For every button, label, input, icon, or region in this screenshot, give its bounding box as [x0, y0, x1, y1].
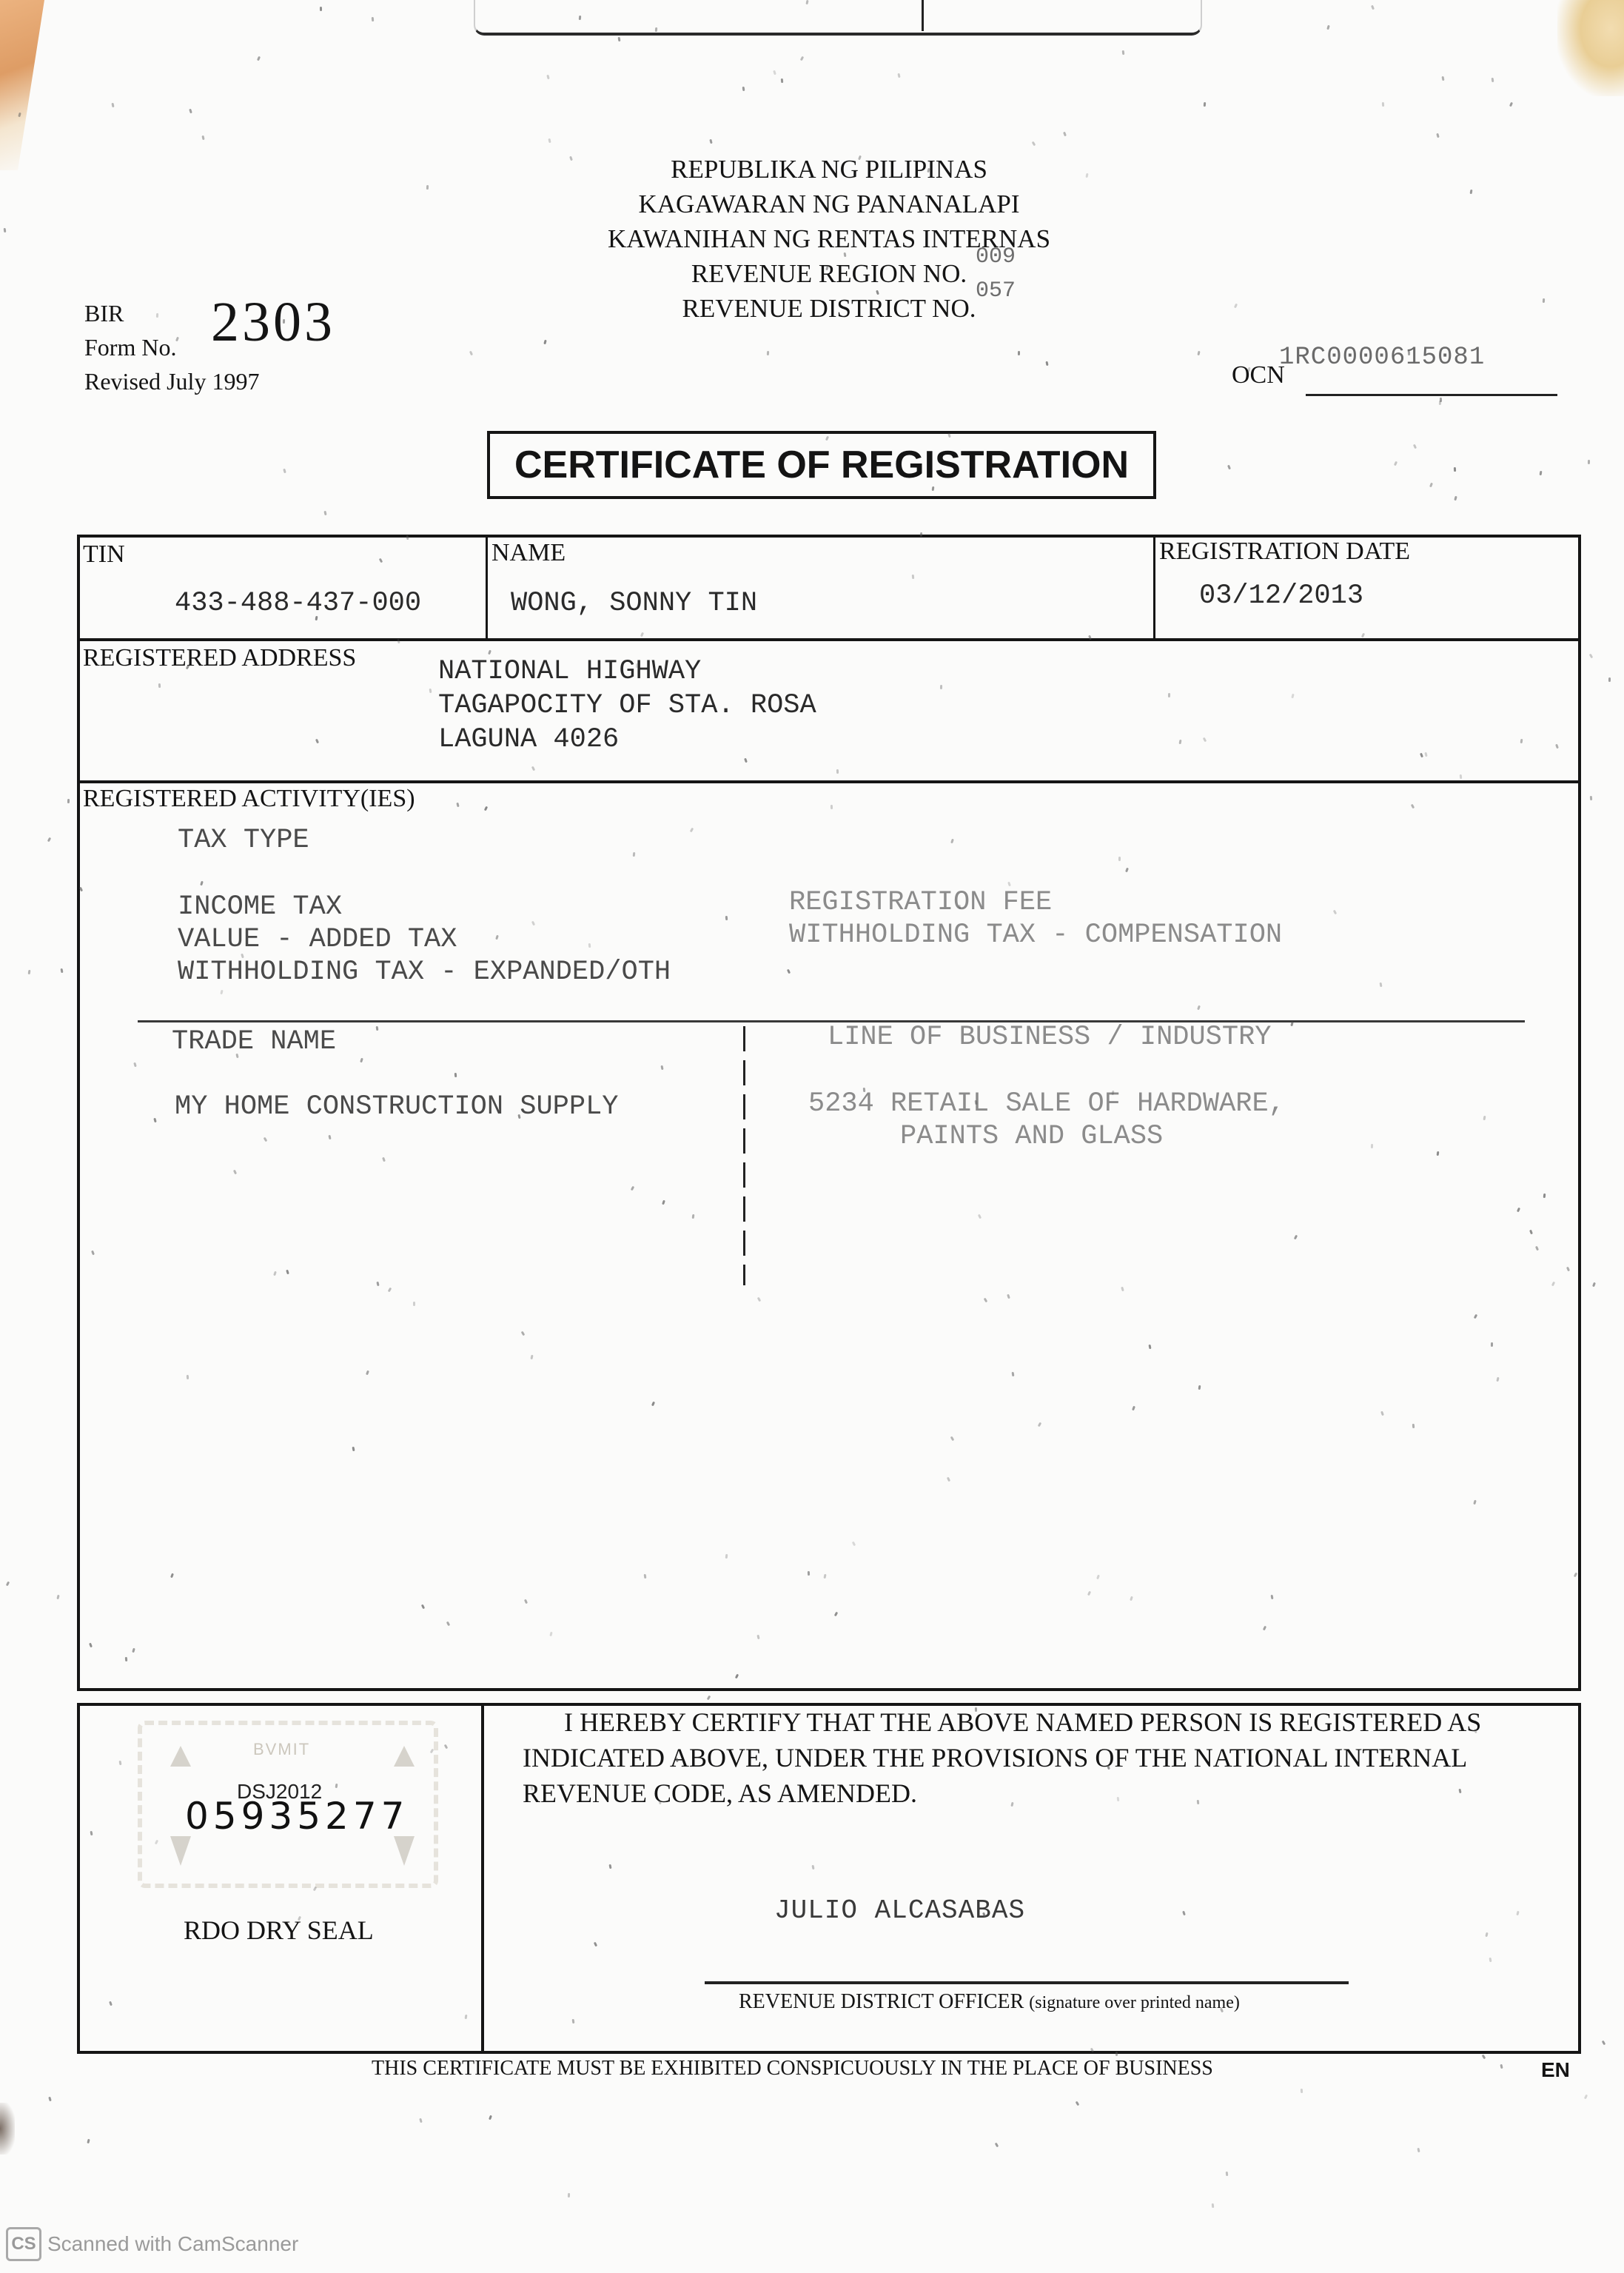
scan-speck [56, 1595, 59, 1600]
ocn-value: 1RC0000615081 [1279, 344, 1485, 372]
scan-speck [1417, 2148, 1420, 2152]
scan-speck [1234, 304, 1238, 309]
seal-triangle-icon [170, 1746, 191, 1767]
tax-type-item: VALUE - ADDED TAX [178, 924, 457, 955]
scan-speck [568, 2193, 570, 2197]
scan-speck [1076, 2101, 1080, 2106]
scan-speck [125, 1657, 128, 1661]
torn-paper-edge-top-right [1557, 0, 1624, 96]
officer-caption-note: (signature over printed name) [1029, 1993, 1240, 2012]
officer-caption: REVENUE DISTRICT OFFICER (signature over… [739, 1990, 1240, 2014]
registration-date-value: 03/12/2013 [1199, 580, 1363, 612]
scan-speck [1440, 398, 1442, 402]
scan-speck [1032, 141, 1036, 147]
scan-speck [376, 1026, 379, 1031]
scan-speck [1482, 2055, 1486, 2060]
ocn-label: OCN [1232, 361, 1285, 389]
scan-speck [111, 103, 114, 107]
scan-speck [1063, 132, 1067, 137]
scan-speck [767, 351, 769, 355]
scan-speck [644, 1574, 647, 1579]
scan-speck [201, 135, 204, 140]
scan-speck [579, 16, 582, 20]
scan-speck [1413, 444, 1417, 449]
scan-speck [618, 37, 621, 41]
scan-speck [1540, 471, 1543, 475]
scan-speck [863, 1088, 866, 1092]
scan-speck [995, 2143, 999, 2148]
scan-speck [257, 56, 261, 61]
signature-line [705, 1981, 1349, 1984]
scan-speck [323, 511, 326, 515]
scan-speck [1326, 25, 1330, 30]
address-line: LAGUNA 4026 [438, 724, 619, 755]
officer-name: JULIO ALCASABAS [774, 1895, 1025, 1926]
scan-speck [429, 689, 432, 693]
address-line: NATIONAL HIGHWAY [438, 656, 701, 687]
scan-speck [1429, 483, 1433, 488]
paper-top-mark [922, 0, 924, 31]
scan-speck [1470, 190, 1473, 194]
registration-date-label: REGISTRATION DATE [1159, 538, 1410, 566]
scan-speck [588, 943, 591, 948]
tax-type-item: WITHHOLDING TAX - EXPANDED/OTH [178, 957, 671, 988]
scan-speck [897, 73, 900, 78]
row-divider [77, 638, 1581, 641]
scan-speck [831, 805, 833, 809]
seal-divider [481, 1703, 484, 2054]
scan-speck [283, 319, 285, 324]
scan-speck [742, 87, 745, 91]
scan-speck [709, 139, 712, 144]
scan-speck [1602, 2041, 1606, 2046]
torn-paper-edge-top-left [0, 0, 44, 170]
scan-speck [61, 968, 64, 973]
tin-value: 433-488-437-000 [175, 588, 421, 619]
activities-label: REGISTERED ACTIVITY(IES) [83, 785, 415, 813]
scan-speck [543, 340, 546, 345]
scan-speck [1509, 102, 1513, 107]
paper-shadow-bottom-left [0, 2103, 15, 2155]
agency-line: KAGAWARAN NG PANANALAPI [563, 187, 1095, 221]
ocn-underline [1306, 394, 1557, 396]
scan-speck [1204, 102, 1207, 107]
camscanner-logo-icon: CS [6, 2227, 41, 2261]
tax-type-item: INCOME TAX [178, 891, 342, 923]
scan-speck [1592, 1282, 1596, 1288]
scan-speck [1394, 461, 1397, 466]
certificate-title: CERTIFICATE OF REGISTRATION [514, 443, 1129, 487]
scan-speck [28, 970, 31, 974]
scan-speck [546, 75, 549, 80]
scan-speck [1454, 467, 1456, 472]
scan-speck [1212, 2203, 1215, 2208]
scan-speck [1491, 1342, 1493, 1347]
form-number: 2303 [211, 290, 335, 355]
scan-speck [1115, 2052, 1118, 2056]
scan-speck [1500, 2064, 1503, 2069]
scan-speck [655, 27, 658, 32]
form-revised: Revised July 1997 [84, 364, 259, 398]
scan-speck [283, 469, 286, 474]
scan-speck [187, 1375, 189, 1379]
paper-top-tab [474, 0, 1202, 36]
scan-speck [1412, 1424, 1415, 1428]
scan-speck [158, 683, 161, 688]
scan-speck [572, 2019, 575, 2023]
tax-type-label: TAX TYPE [178, 825, 309, 856]
scan-speck [781, 78, 784, 83]
footer-notice: THIS CERTIFICATE MUST BE EXHIBITED CONSP… [372, 2057, 1213, 2080]
scan-speck [1590, 796, 1592, 800]
certification-statement: I HEREBY CERTIFY THAT THE ABOVE NAMED PE… [523, 1707, 1481, 1808]
scan-speck [1045, 361, 1048, 366]
trade-name-divider [743, 1026, 745, 1285]
scan-speck [1436, 133, 1439, 138]
name-value: WONG, SONNY TIN [511, 588, 757, 619]
scan-speck [67, 799, 70, 803]
scan-speck [1371, 1144, 1373, 1148]
scan-speck [454, 1073, 457, 1077]
scan-speck [1584, 2095, 1588, 2100]
scan-speck [47, 837, 51, 843]
scan-speck [426, 185, 429, 190]
scan-speck [1227, 465, 1231, 470]
scan-speck [4, 228, 7, 232]
seal-triangle-icon [394, 1836, 415, 1866]
scan-speck [975, 1707, 977, 1712]
scan-speck [920, 532, 922, 537]
tin-label: TIN [83, 540, 125, 569]
scan-speck [1454, 496, 1457, 501]
revenue-region-no: 009 [976, 244, 1016, 270]
scan-speck [808, 1571, 810, 1576]
scan-speck [372, 17, 375, 21]
scan-speck [6, 1581, 10, 1587]
seal-triangle-icon [394, 1746, 415, 1767]
scan-speck [87, 2139, 90, 2144]
camscanner-watermark: CS Scanned with CamScanner [6, 2227, 298, 2261]
scan-speck [1012, 1372, 1015, 1376]
scan-speck [413, 1302, 415, 1306]
scan-speck [975, 1100, 978, 1105]
line-of-business-line: 5234 RETAIL SALE OF HARDWARE, [808, 1088, 1285, 1119]
name-label: NAME [491, 539, 566, 567]
scan-speck [189, 109, 192, 114]
agency-line: REPUBLIKA NG PILIPINAS [563, 152, 1095, 187]
scan-speck [1301, 2089, 1303, 2093]
scan-speck [912, 575, 915, 579]
scan-speck [1543, 298, 1545, 303]
camscanner-text: Scanned with CamScanner [47, 2232, 298, 2256]
scan-speck [156, 313, 158, 318]
scan-speck [419, 2118, 423, 2123]
scan-speck [1018, 351, 1020, 355]
scan-speck [1122, 50, 1125, 55]
address-label: REGISTERED ADDRESS [83, 644, 356, 672]
scan-speck [1492, 78, 1494, 82]
officer-title: REVENUE DISTRICT OFFICER [739, 1990, 1024, 2013]
trade-name-label: TRADE NAME [172, 1026, 336, 1057]
seal-faint-text: BVMIT [253, 1740, 310, 1759]
scan-speck [548, 138, 551, 143]
seal-serial: 05935277 [185, 1795, 409, 1838]
scan-speck [1382, 102, 1384, 107]
address-line: TAGAPOCITY OF STA. ROSA [438, 690, 816, 721]
scan-speck [773, 70, 776, 76]
line-of-business-line: PAINTS AND GLASS [900, 1121, 1163, 1152]
row-divider [77, 780, 1581, 783]
scan-speck [940, 685, 942, 689]
scan-speck [1460, 774, 1463, 779]
scan-speck [836, 769, 839, 774]
scan-speck [469, 351, 473, 356]
scan-speck [1408, 351, 1410, 355]
scan-speck [489, 2115, 492, 2120]
scan-speck [320, 7, 322, 11]
scan-speck [1442, 76, 1445, 81]
certificate-title-box: CERTIFICATE OF REGISTRATION [487, 431, 1156, 499]
scan-speck [1117, 1797, 1120, 1801]
column-divider [486, 535, 488, 640]
scan-speck [1168, 693, 1170, 697]
trade-name-value: MY HOME CONSTRUCTION SUPPLY [175, 1091, 619, 1122]
scan-speck [1588, 460, 1590, 464]
scan-speck [725, 916, 728, 920]
scan-speck [1608, 677, 1611, 682]
seal-triangle-icon [170, 1836, 191, 1866]
scan-speck [1589, 654, 1594, 659]
scan-speck [1226, 2172, 1229, 2176]
tax-type-item: REGISTRATION FEE [789, 887, 1052, 918]
scan-speck [1197, 1800, 1200, 1804]
footer-code: EN [1541, 2058, 1570, 2082]
line-of-business-label: LINE OF BUSINESS / INDUSTRY [828, 1022, 1272, 1053]
scan-speck [1118, 857, 1121, 861]
scan-speck [800, 56, 804, 61]
scan-speck [1371, 5, 1375, 10]
column-divider [1153, 535, 1155, 640]
scan-speck [1197, 351, 1200, 355]
scan-speck [48, 2097, 52, 2102]
tax-type-item: WITHHOLDING TAX - COMPENSATION [789, 920, 1282, 951]
revenue-district-no: 057 [976, 278, 1016, 304]
scan-speck [707, 1695, 711, 1701]
seal-label: RDO DRY SEAL [184, 1915, 374, 1946]
